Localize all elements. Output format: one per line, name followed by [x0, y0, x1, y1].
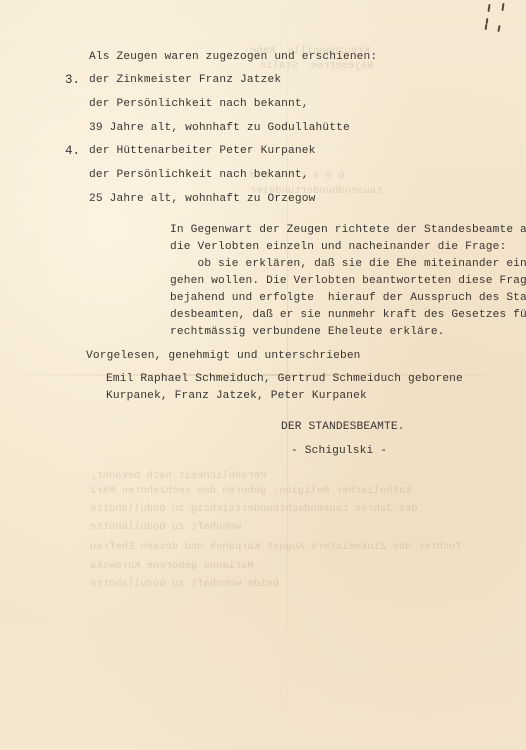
signatories-line: Kurpanek, Franz Jatzek, Peter Kurpanek — [106, 389, 367, 403]
ceremony-line: die Verlobten einzeln und nacheinander d… — [170, 240, 506, 254]
document-page: Kreuzgappilla Rabe Rejesetroe Stalie G e… — [0, 0, 526, 750]
ink-mark — [485, 24, 488, 30]
bleed-through-text: beide wohnhaft zu Godullahütte — [90, 578, 279, 590]
registrar-name: - Schigulski - — [291, 444, 387, 458]
bleed-through-text: wohnhaft zu Godullahütte — [90, 521, 241, 533]
ceremony-line: ob sie erklären, daß sie die Ehe miteina… — [170, 257, 526, 271]
witness-name: der Hüttenarbeiter Peter Kurpanek — [89, 144, 316, 158]
bleed-through-text: des Jahres tausendachthundertsiebzig zu … — [90, 503, 418, 515]
ink-mark — [487, 4, 490, 12]
witness-name: der Zinkmeister Franz Jatzek — [89, 73, 281, 87]
registrar-title: DER STANDESBEAMTE. — [281, 420, 405, 434]
witness-number: 3. — [65, 73, 80, 87]
witness-age-residence: 39 Jahre alt, wohnhaft zu Godullahütte — [89, 121, 350, 135]
ceremony-line: desbeamten, daß er sie nunmehr kraft des… — [170, 308, 526, 322]
ceremony-line: gehen wollen. Die Verlobten beantwortete… — [170, 274, 526, 288]
ink-mark — [501, 3, 504, 11]
bleed-through-text: Marianna geborene Kurowska — [90, 560, 254, 572]
bleed-through-text: Persönlichkeit nach bekannt, — [90, 470, 266, 482]
witness-age-residence: 25 Jahre alt, wohnhaft zu Orzegow — [89, 192, 316, 206]
witness-number: 4. — [65, 144, 80, 158]
signed-intro: Vorgelesen, genehmigt und unterschrieben — [86, 349, 361, 363]
witness-identity: der Persönlichkeit nach bekannt, — [89, 168, 309, 182]
ceremony-line: In Gegenwart der Zeugen richtete der Sta… — [170, 223, 526, 237]
bleed-through-text: Tochter des Zinkmeisters August Kurpanek… — [90, 541, 462, 553]
ceremony-line: bejahend und erfolgte hierauf der Ausspr… — [170, 291, 526, 305]
witnesses-intro: Als Zeugen waren zugezogen und erschiene… — [89, 50, 377, 64]
witness-identity: der Persönlichkeit nach bekannt, — [89, 97, 309, 111]
ceremony-line: rechtmässig verbundene Eheleute erkläre. — [170, 325, 445, 339]
signatories-line: Emil Raphael Schmeiduch, Gertrud Schmeid… — [106, 372, 463, 386]
bleed-through-text: katholischer Religion, geboren den sechz… — [90, 485, 411, 497]
ink-mark — [497, 25, 500, 32]
